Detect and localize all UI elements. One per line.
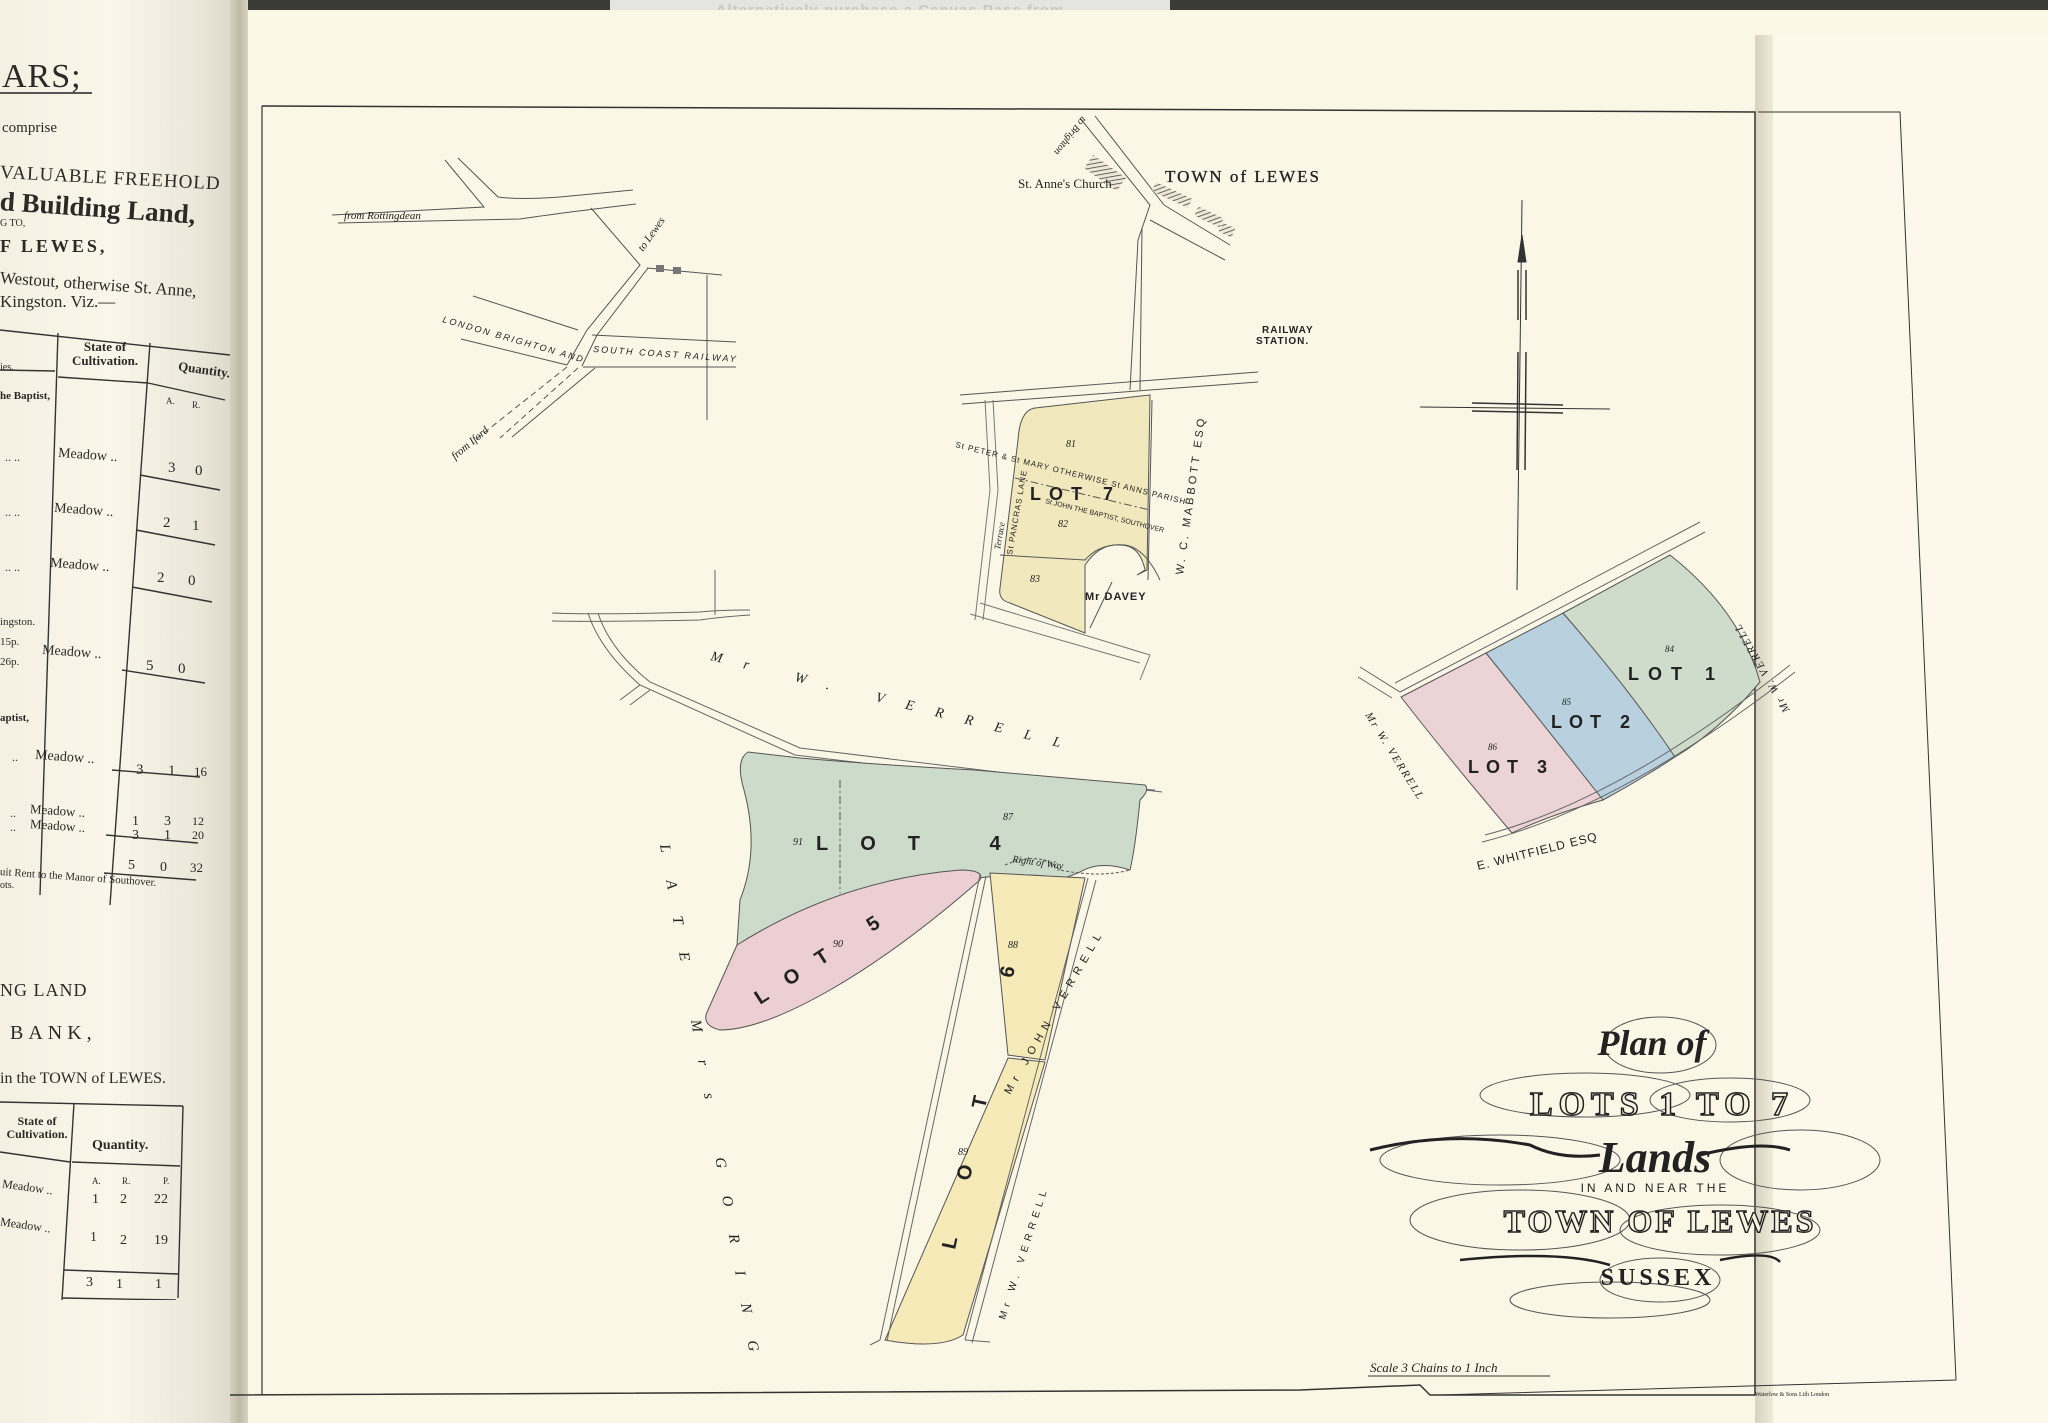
cartouche-lots-1-to-7: LOTS 1 TO 7 [1530, 1086, 1794, 1123]
lot-6-parcel-89: 89 [958, 1147, 968, 1158]
road-network-town [960, 116, 1258, 404]
lot-3-label: LOT 3 [1468, 757, 1554, 777]
building-icon [656, 265, 664, 272]
lot-1-label: LOT 1 [1628, 664, 1724, 684]
lot-7-parcel-82: 82 [1058, 519, 1068, 530]
lot-2-parcel-number: 85 [1562, 697, 1572, 707]
label-mr-w-verrell-east-left: Mr W. VERRELL [1362, 709, 1427, 802]
label-from-iford: from Iford [449, 424, 491, 462]
lot-7-parcel-83: 83 [1030, 574, 1040, 585]
cartouche-town-of-lewes: TOWN OF LEWES [1504, 1203, 1817, 1239]
lot-4-parcel-87: 87 [1003, 812, 1014, 823]
label-st-annes-church: St. Anne's Church [1018, 176, 1112, 191]
lot-7-parcel-81: 81 [1066, 439, 1076, 450]
cartouche-plan-of: Plan of [1596, 1023, 1709, 1063]
building-icon [1194, 207, 1224, 228]
label-town-of-lewes: TOWN of LEWES [1165, 167, 1321, 186]
printer-imprint: Waterlow & Sons Lith London [1755, 1392, 1829, 1398]
label-mr-w-verrell-south: Mr W. VERRELL [997, 1185, 1051, 1321]
label-railway-station-2: STATION. [1256, 336, 1309, 347]
lot-2-label: LOT 2 [1551, 712, 1637, 732]
lot-5-parcel-number: 90 [833, 939, 843, 950]
lot-6-parcel-88: 88 [1008, 940, 1018, 951]
label-e-whitfield: E. WHITFIELD ESQ [1475, 829, 1599, 873]
label-mr-w-verrell-north: Mr W. VERRELL [708, 649, 1084, 756]
lot-1-parcel-number: 84 [1665, 644, 1675, 654]
road-network-nw [332, 158, 736, 440]
building-icon [1219, 223, 1236, 238]
cartouche-lands: Lands [1598, 1133, 1711, 1182]
cartouche-in-and-near-the: IN AND NEAR THE [1581, 1181, 1730, 1195]
label-from-rottingdean: from Rottingdean [344, 210, 421, 222]
building-icon [673, 267, 681, 274]
label-to-brighton: to Brighton [1051, 114, 1088, 157]
label-mr-davey: Mr DAVEY [1085, 591, 1147, 603]
north-arrow-icon [1420, 200, 1610, 590]
label-railway-right: SOUTH COAST RAILWAY [593, 344, 738, 364]
label-railway-station-1: RAILWAY [1262, 325, 1314, 336]
label-to-lewes: to Lewes [636, 215, 668, 254]
lot-4-parcel-91: 91 [793, 837, 803, 848]
estate-plan-map: from Rottingdean to Lewes from Iford LON… [0, 0, 2048, 1423]
map-scale: Scale 3 Chains to 1 Inch [1370, 1360, 1497, 1375]
lot-4-label: LOT 4 [816, 833, 1033, 855]
cartouche-sussex: SUSSEX [1601, 1265, 1716, 1291]
lot-3-parcel-number: 86 [1488, 742, 1498, 752]
